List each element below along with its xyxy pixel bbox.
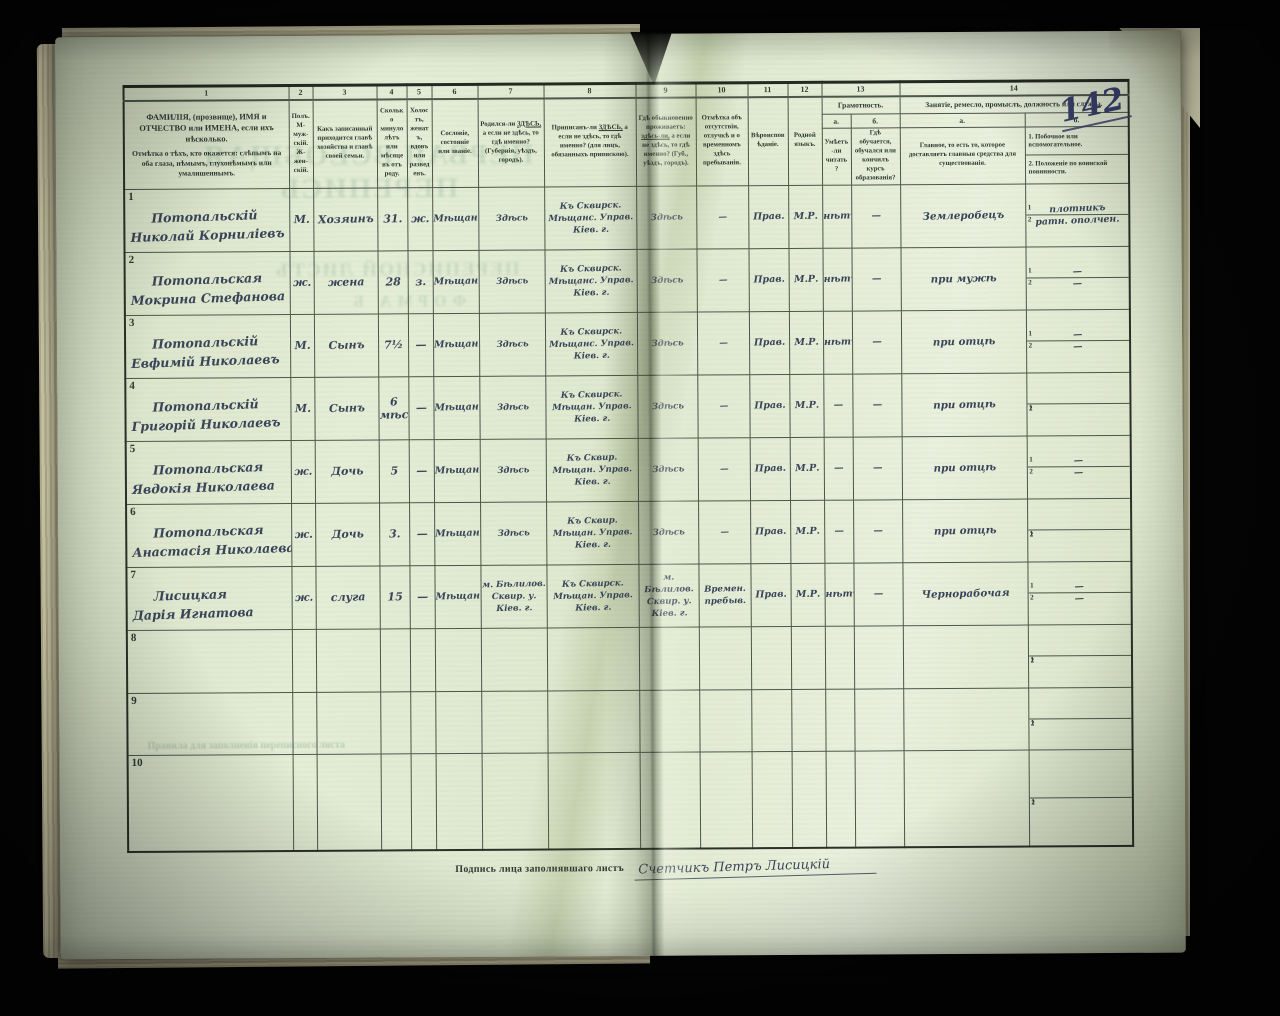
cell-name: 4 Потопальскій Григорій Николаевъ	[125, 377, 290, 441]
cell-religion: Прав.	[750, 437, 790, 500]
cell-occupation-main: Чернорабочая	[902, 562, 1027, 626]
cell-absence	[700, 752, 753, 849]
row-number: 9	[131, 695, 137, 707]
cell-name: 5 Потопальская Явдокія Николаева	[126, 440, 291, 504]
header-literacy-a: Умѣетъ-ли читать?	[822, 128, 851, 185]
cell-marital: з.	[408, 250, 433, 313]
cell-language	[791, 626, 825, 689]
cell-occupation-side-2: 2 —	[1028, 593, 1131, 605]
cell-language	[792, 751, 827, 848]
cell-occupation-side: 1 2	[1028, 687, 1132, 750]
sub-number-1: 1	[1028, 267, 1032, 275]
cell-occupation-side-1: 1 —	[1026, 329, 1129, 342]
cell-registered	[548, 752, 641, 850]
header-occupation-main: Главное, то есть то, которое доставляетъ…	[900, 127, 1025, 185]
cell-born	[481, 691, 547, 753]
sub-number-2: 2	[1030, 531, 1034, 539]
header-col-absence: Отмѣтка объ отсутствіи, отлучкѣ и о врем…	[696, 97, 749, 186]
row-number: 2	[129, 254, 135, 266]
cell-occupation-side-1: 1 —	[1028, 581, 1131, 594]
sub-number-2: 2	[1029, 468, 1033, 476]
signature-handwritten: Счетчикъ Петръ Лисицкій	[634, 856, 876, 881]
cell-age	[380, 692, 410, 754]
header-col-language: Родной языкъ.	[788, 96, 823, 185]
cell-registered	[547, 627, 639, 691]
surname-handwritten	[155, 806, 292, 810]
cell-literacy-reads: —	[823, 374, 852, 437]
cell-registered: Къ Сквирск. Мѣщан. Управ. Кіев. г.	[545, 375, 637, 439]
header-col-marital: Холостъ, женатъ, вдовъ или разведенъ.	[407, 99, 433, 188]
header-col-name: ФАМИЛІЯ, (прозвище), ИМЯ и ОТЧЕСТВО или …	[124, 100, 290, 190]
cell-occupation-main: Землеробецъ	[900, 184, 1025, 248]
col-number: 5	[406, 85, 431, 99]
cell-sex: М.	[290, 314, 314, 377]
sub-number-2: 2	[1028, 216, 1032, 224]
sub-number-2: 2	[1031, 799, 1035, 807]
cell-literacy-school: —	[851, 185, 900, 248]
signature-label: Подпись лица заполнявшаго листъ	[455, 863, 624, 875]
header-occupation-side-2: 2. Положеніе по воинской повинности.	[1025, 155, 1128, 182]
col-number: 9	[635, 83, 695, 97]
cell-marital: ж.	[407, 187, 432, 250]
given-name-handwritten: Анастасія Николаева	[132, 540, 291, 560]
cell-age	[381, 754, 412, 851]
given-name-handwritten: Евфимій Николаевъ	[131, 351, 290, 371]
table-row: 7 Лисицкая Дарія Игнатова ж. слуга 15 — …	[126, 561, 1131, 630]
cell-name: 9	[127, 692, 292, 755]
surname-handwritten: Потопальскій	[152, 333, 290, 352]
cell-literacy-school: —	[853, 563, 902, 626]
cell-occupation-side-1: 1	[1027, 403, 1130, 405]
cell-registered: Къ Сквирск. Мѣщанс. Управ. Кіев. г.	[544, 186, 636, 250]
cell-sex: ж.	[290, 251, 314, 314]
cell-relation	[317, 754, 382, 851]
book-spread: ПЕРВАЯ ВСЕОБЩАЯ ПЕРЕПИСЬ ПЕРЕПИСНОЙ ЛИСТ…	[55, 31, 1186, 960]
cell-absence	[699, 627, 751, 690]
cell-marital: —	[409, 502, 434, 565]
col-number: 11	[747, 82, 787, 96]
cell-religion	[752, 751, 793, 848]
cell-occupation-side-1: 1	[1028, 529, 1131, 531]
col-number: 4	[376, 85, 406, 99]
cell-resides: Здѣсь	[638, 438, 698, 501]
cell-religion: Прав.	[748, 185, 788, 248]
cell-occupation-side: 1 2	[1027, 498, 1131, 562]
cell-occupation-side-1: 1 —	[1027, 455, 1130, 468]
cell-estate: Мѣщан.	[433, 313, 479, 376]
sub-number-1: 1	[1030, 582, 1034, 590]
cell-occupation-side: 1 2	[1026, 372, 1130, 436]
col-number: 12	[787, 82, 821, 96]
header-literacy-b-letter: б.	[851, 114, 900, 128]
cell-estate: Мѣщанка	[433, 250, 479, 313]
cell-religion: Прав.	[750, 500, 790, 563]
cell-literacy-reads: нѣтъ	[823, 311, 852, 374]
cell-occupation-main	[903, 625, 1028, 689]
col-number: 10	[695, 83, 747, 97]
header-occupation-side: 1. Побочное или вспомогательное. 2. Поло…	[1025, 126, 1129, 183]
cell-born: Здѣсь	[480, 502, 546, 565]
cell-age: 31.	[377, 188, 407, 251]
cell-language: М.Р.	[788, 248, 822, 311]
cell-occupation-side: 1 — 2 —	[1027, 561, 1131, 625]
cell-occupation-side: 1 плотникъ 2 ратн. ополчен.	[1025, 183, 1129, 247]
cell-religion: Прав.	[750, 563, 790, 626]
surname-handwritten: Потопальская	[153, 522, 291, 541]
cell-sex: ж.	[291, 440, 315, 503]
cell-religion: Прав.	[749, 374, 789, 437]
cell-sex: ж.	[291, 503, 315, 566]
cell-occupation-main: при отцѣ	[902, 436, 1027, 500]
table-row: 4 Потопальскій Григорій Николаевъ М. Сын…	[125, 372, 1130, 441]
cell-sex	[292, 629, 316, 692]
cell-registered: Къ Сквир. Мѣщан. Управ. Кіев. г.	[546, 501, 638, 565]
cell-resides	[640, 752, 701, 849]
cell-language: М.Р.	[788, 185, 822, 248]
table-row: 3 Потопальскій Евфимій Николаевъ М. Сынъ…	[125, 309, 1130, 378]
cell-marital: —	[408, 376, 433, 439]
cell-relation: Дочь	[315, 440, 379, 503]
cell-resides	[639, 627, 699, 690]
given-name-handwritten: Явдокія Николаева	[132, 477, 291, 497]
cell-occupation-side-1: 1	[1029, 718, 1132, 720]
cell-marital	[410, 628, 435, 691]
cell-name: 2 Потопальская Мокрина Стефанова	[125, 251, 290, 315]
cell-language: М.Р.	[790, 500, 824, 563]
cell-resides	[639, 690, 699, 752]
cell-relation: Дочь	[315, 503, 379, 566]
cell-occupation-main: при отцѣ	[901, 373, 1026, 437]
cell-sex: ж.	[291, 566, 315, 629]
cell-marital	[411, 753, 437, 850]
cell-marital: —	[409, 439, 434, 502]
cell-name: 7 Лисицкая Дарія Игнатова	[126, 566, 291, 630]
cell-occupation-main: при отцѣ	[902, 499, 1027, 563]
cell-age: 28	[378, 251, 408, 314]
cell-literacy-reads: —	[824, 500, 853, 563]
cell-occupation-side-2: 2 —	[1027, 341, 1130, 353]
cell-absence: —	[698, 501, 750, 564]
header-col-registered: Приписанъ-ли ЗДѢСЬ, а если не здѣсь, то …	[544, 97, 637, 186]
cell-relation: жена	[314, 251, 378, 314]
cell-occupation-side-1: 1	[1028, 655, 1131, 657]
sub-number-2: 2	[1030, 594, 1034, 602]
table-row: 6 Потопальская Анастасія Николаева ж. До…	[126, 498, 1131, 567]
row-number: 5	[130, 443, 136, 455]
cell-language	[791, 689, 825, 751]
row-number: 7	[130, 569, 136, 581]
cell-absence: —	[697, 375, 749, 438]
table-row: 1 Потопальскій Николай Корниліевъ М. Хоз…	[124, 183, 1129, 252]
cell-age: 6 мѣс.	[378, 377, 408, 440]
cell-literacy-school	[854, 626, 903, 689]
surname-handwritten: Потопальская	[151, 270, 289, 289]
cell-occupation-side-1: 1 —	[1026, 266, 1129, 279]
cell-literacy-reads	[826, 751, 856, 848]
cell-sex: М.	[290, 377, 314, 440]
sub-number-2: 2	[1028, 279, 1032, 287]
header-literacy-b: Гдѣ обучается, обучался или кончилъ курс…	[851, 128, 900, 185]
header-col-sex: Полъ. М-муж-скій. Ж-жен-скій.	[289, 99, 314, 188]
surname-handwritten: Потопальскій	[151, 207, 289, 226]
cell-occupation-main: при мужѣ	[900, 247, 1025, 311]
table-row: 8	[127, 624, 1132, 693]
sub-number-1: 1	[1028, 330, 1032, 338]
cell-language: М.Р.	[789, 374, 823, 437]
cell-born: Здѣсь	[479, 376, 545, 439]
sub-number-1: 1	[1029, 456, 1033, 464]
cell-occupation-side: 1 2	[1028, 624, 1132, 688]
cell-religion: Прав.	[748, 248, 788, 311]
row-number: 3	[129, 317, 135, 329]
cell-born	[481, 628, 547, 691]
cell-relation: слуга	[315, 566, 379, 629]
col-number: 8	[543, 83, 635, 98]
cell-registered: Къ Сквирск. Мѣщан. Управ. Кіев. г.	[546, 564, 638, 628]
cell-occupation-main	[904, 750, 1030, 848]
cell-name: 1 Потопальскій Николай Корниліевъ	[124, 188, 289, 252]
binding-notch	[630, 32, 672, 86]
header-col-relation: Какъ записанный приходится главѣ хозяйст…	[313, 99, 378, 188]
col-number: 7	[477, 84, 543, 98]
cell-name: 3 Потопальскій Евфимій Николаевъ	[125, 314, 290, 378]
header-col-religion: Вѣроисповѣданіе.	[748, 96, 789, 185]
given-name-handwritten: Мокрина Стефанова	[131, 288, 290, 308]
cell-literacy-school	[854, 689, 903, 751]
header-name-line2: Отмѣтка о тѣхъ, кто окажется: слѣпымъ на…	[125, 148, 289, 180]
surname-handwritten	[154, 665, 291, 669]
header-occupation-a-letter: а.	[900, 113, 1025, 128]
cell-religion	[751, 689, 791, 751]
cell-occupation-side-2: 2 ратн. ополчен.	[1026, 215, 1129, 227]
cell-registered: Къ Сквирск. Мѣщанс. Управ. Кіев. г.	[545, 312, 637, 376]
header-name-line1: ФАМИЛІЯ, (прозвище), ИМЯ и ОТЧЕСТВО или …	[125, 109, 289, 150]
cell-name: 6 Потопальская Анастасія Николаева	[126, 503, 291, 567]
cell-occupation-side: 1 — 2 —	[1027, 435, 1131, 499]
cell-occupation-main	[903, 688, 1028, 751]
cell-literacy-reads	[825, 626, 854, 689]
header-literacy-title: Грамотность.	[822, 96, 900, 114]
row-number: 8	[131, 632, 137, 644]
cell-occupation-main: при отцѣ	[901, 310, 1026, 374]
header-col-age: Сколько минуло лѣтъ или мѣсяцевъ отъ род…	[377, 99, 408, 188]
given-name-handwritten	[134, 806, 292, 811]
cell-born: Здѣсь	[480, 439, 546, 502]
cell-age	[380, 629, 410, 692]
table-row: 10	[128, 749, 1134, 852]
cell-age: 7½	[378, 314, 408, 377]
cell-name: 10	[128, 754, 294, 852]
cell-literacy-school: —	[852, 311, 901, 374]
cell-name: 8	[127, 629, 292, 693]
cell-estate: Мѣщанка	[434, 439, 480, 502]
cell-religion	[751, 626, 791, 689]
cell-estate: Мѣщан.	[432, 187, 478, 250]
cell-resides: Здѣсь	[638, 501, 698, 564]
cell-resides: Здѣсь	[637, 312, 697, 375]
cell-literacy-reads	[825, 689, 854, 751]
header-occupation-side-1: 1. Побочное или вспомогательное.	[1025, 128, 1128, 156]
table-row: 5 Потопальская Явдокія Николаева ж. Дочь…	[126, 435, 1131, 504]
cell-occupation-side-1: 1	[1029, 797, 1132, 799]
cell-age: 3.	[379, 503, 409, 566]
cell-registered	[547, 690, 639, 753]
cell-resides: м. Бѣлилов. Сквир. у. Кіев. г.	[638, 564, 698, 627]
table-row: 2 Потопальская Мокрина Стефанова ж. жена…	[125, 246, 1130, 315]
cell-occupation-side-2: 2 —	[1027, 467, 1130, 479]
sub-number-2: 2	[1029, 342, 1033, 350]
cell-relation: Сынъ	[314, 377, 378, 440]
header-col-born: Родился-ли ЗДѢСЬ, а если не здѣсь, то гд…	[478, 98, 545, 187]
row-number: 1	[128, 191, 134, 203]
cell-registered: Къ Сквирск. Мѣщанс. Управ. Кіев. г.	[545, 249, 637, 313]
cell-born	[482, 753, 549, 850]
table-body: 1 Потопальскій Николай Корниліевъ М. Хоз…	[124, 183, 1133, 852]
cell-literacy-reads: нѣтъ	[822, 248, 851, 311]
col-number: 3	[312, 85, 376, 99]
table-header: 1 2 3 4 5 6 7 8 9 10 11 12 13 14	[123, 80, 1129, 189]
cell-born: Здѣсь	[479, 313, 545, 376]
header-col-estate: Сословіе, состояніе или званіе.	[432, 98, 479, 187]
cell-resides: Здѣсь	[637, 375, 697, 438]
cell-relation: Хозяинъ	[313, 188, 377, 251]
cell-literacy-school	[855, 751, 905, 848]
given-name-handwritten: Николай Корниліевъ	[130, 225, 289, 245]
cell-estate	[436, 753, 483, 850]
table-row: 9	[127, 687, 1132, 755]
cell-literacy-school: —	[853, 500, 902, 563]
row-number: 10	[132, 757, 143, 769]
cell-born: Здѣсь	[478, 187, 544, 250]
cell-absence: Времен. пребыв.	[698, 564, 750, 627]
cell-literacy-reads: нѣтъ	[822, 185, 851, 248]
signature-line: Подпись лица заполнявшаго листъ Счетчикъ…	[455, 858, 876, 879]
cell-literacy-reads: —	[824, 437, 853, 500]
row-number: 6	[130, 506, 136, 518]
cell-occupation-side: 1 — 2 —	[1026, 309, 1130, 373]
sub-number-2: 2	[1029, 405, 1033, 413]
cell-occupation-side: 1 — 2 —	[1025, 246, 1129, 310]
cell-sex	[292, 692, 316, 754]
surname-handwritten: Потопальскій	[152, 396, 290, 415]
sub-number-2: 2	[1030, 657, 1034, 665]
cell-absence	[699, 690, 751, 752]
col-number: 13	[821, 82, 899, 96]
cell-estate: Мѣщан.	[433, 376, 479, 439]
cell-language: М.Р.	[789, 311, 823, 374]
cell-literacy-school: —	[852, 374, 901, 437]
given-name-handwritten	[133, 727, 291, 732]
cell-sex	[293, 754, 318, 851]
cell-occupation-side-2: 2 —	[1026, 278, 1129, 290]
cell-relation: Сынъ	[314, 314, 378, 377]
cell-age: 5	[379, 440, 409, 503]
cell-language: М.Р.	[790, 437, 824, 500]
cell-estate	[435, 628, 481, 691]
cell-relation	[316, 629, 380, 692]
cell-registered: Къ Сквир. Мѣщан. Управ. Кіев. г.	[546, 438, 638, 502]
cell-occupation-side: 1 2	[1029, 749, 1134, 847]
cell-relation	[316, 692, 380, 754]
surname-handwritten: Потопальская	[153, 459, 291, 478]
header-col-resides: Гдѣ обыкновенно проживаетъ: здѣсь-ли, а …	[636, 97, 697, 186]
cell-estate: Мѣщанка	[434, 565, 480, 628]
sub-number-1: 1	[1028, 204, 1032, 212]
header-literacy-a-letter: а.	[822, 114, 851, 128]
cell-literacy-school: —	[853, 437, 902, 500]
row-number: 4	[129, 380, 135, 392]
cell-religion: Прав.	[749, 311, 789, 374]
cell-marital: —	[409, 565, 434, 628]
given-name-handwritten: Дарія Игнатова	[133, 603, 292, 623]
col-number: 2	[288, 85, 312, 99]
surname-handwritten: Лисицкая	[153, 585, 291, 604]
cell-age: 15	[379, 566, 409, 629]
photo-of-census-book: ПЕРВАЯ ВСЕОБЩАЯ ПЕРЕПИСЬ ПЕРЕПИСНОЙ ЛИСТ…	[0, 0, 1280, 1016]
cell-absence: —	[698, 438, 750, 501]
cell-language: М.Р.	[790, 563, 824, 626]
cell-estate: Мѣщанка	[434, 502, 480, 565]
given-name-handwritten: Григорій Николаевъ	[131, 414, 290, 434]
cell-born: Здѣсь	[479, 250, 545, 313]
cell-resides: Здѣсь	[636, 186, 696, 249]
cell-absence: —	[696, 186, 748, 249]
cell-estate	[435, 691, 481, 753]
cell-absence: —	[697, 312, 749, 375]
cell-born: м. Бѣлилов. Сквир. у. Кіев. г.	[480, 565, 546, 628]
cell-literacy-reads: нѣтъ	[824, 563, 853, 626]
given-name-handwritten	[133, 664, 291, 669]
cell-marital: —	[408, 313, 433, 376]
cell-resides: Здѣсь	[636, 249, 696, 312]
col-number: 1	[123, 86, 288, 101]
sub-number-2: 2	[1031, 719, 1035, 727]
cell-sex: М.	[289, 188, 313, 251]
surname-handwritten	[154, 727, 291, 731]
cell-marital	[410, 691, 435, 753]
cell-literacy-school: —	[851, 248, 900, 311]
cell-absence: —	[696, 249, 748, 312]
col-number: 6	[431, 84, 477, 98]
census-table: 1 2 3 4 5 6 7 8 9 10 11 12 13 14	[122, 79, 1134, 853]
